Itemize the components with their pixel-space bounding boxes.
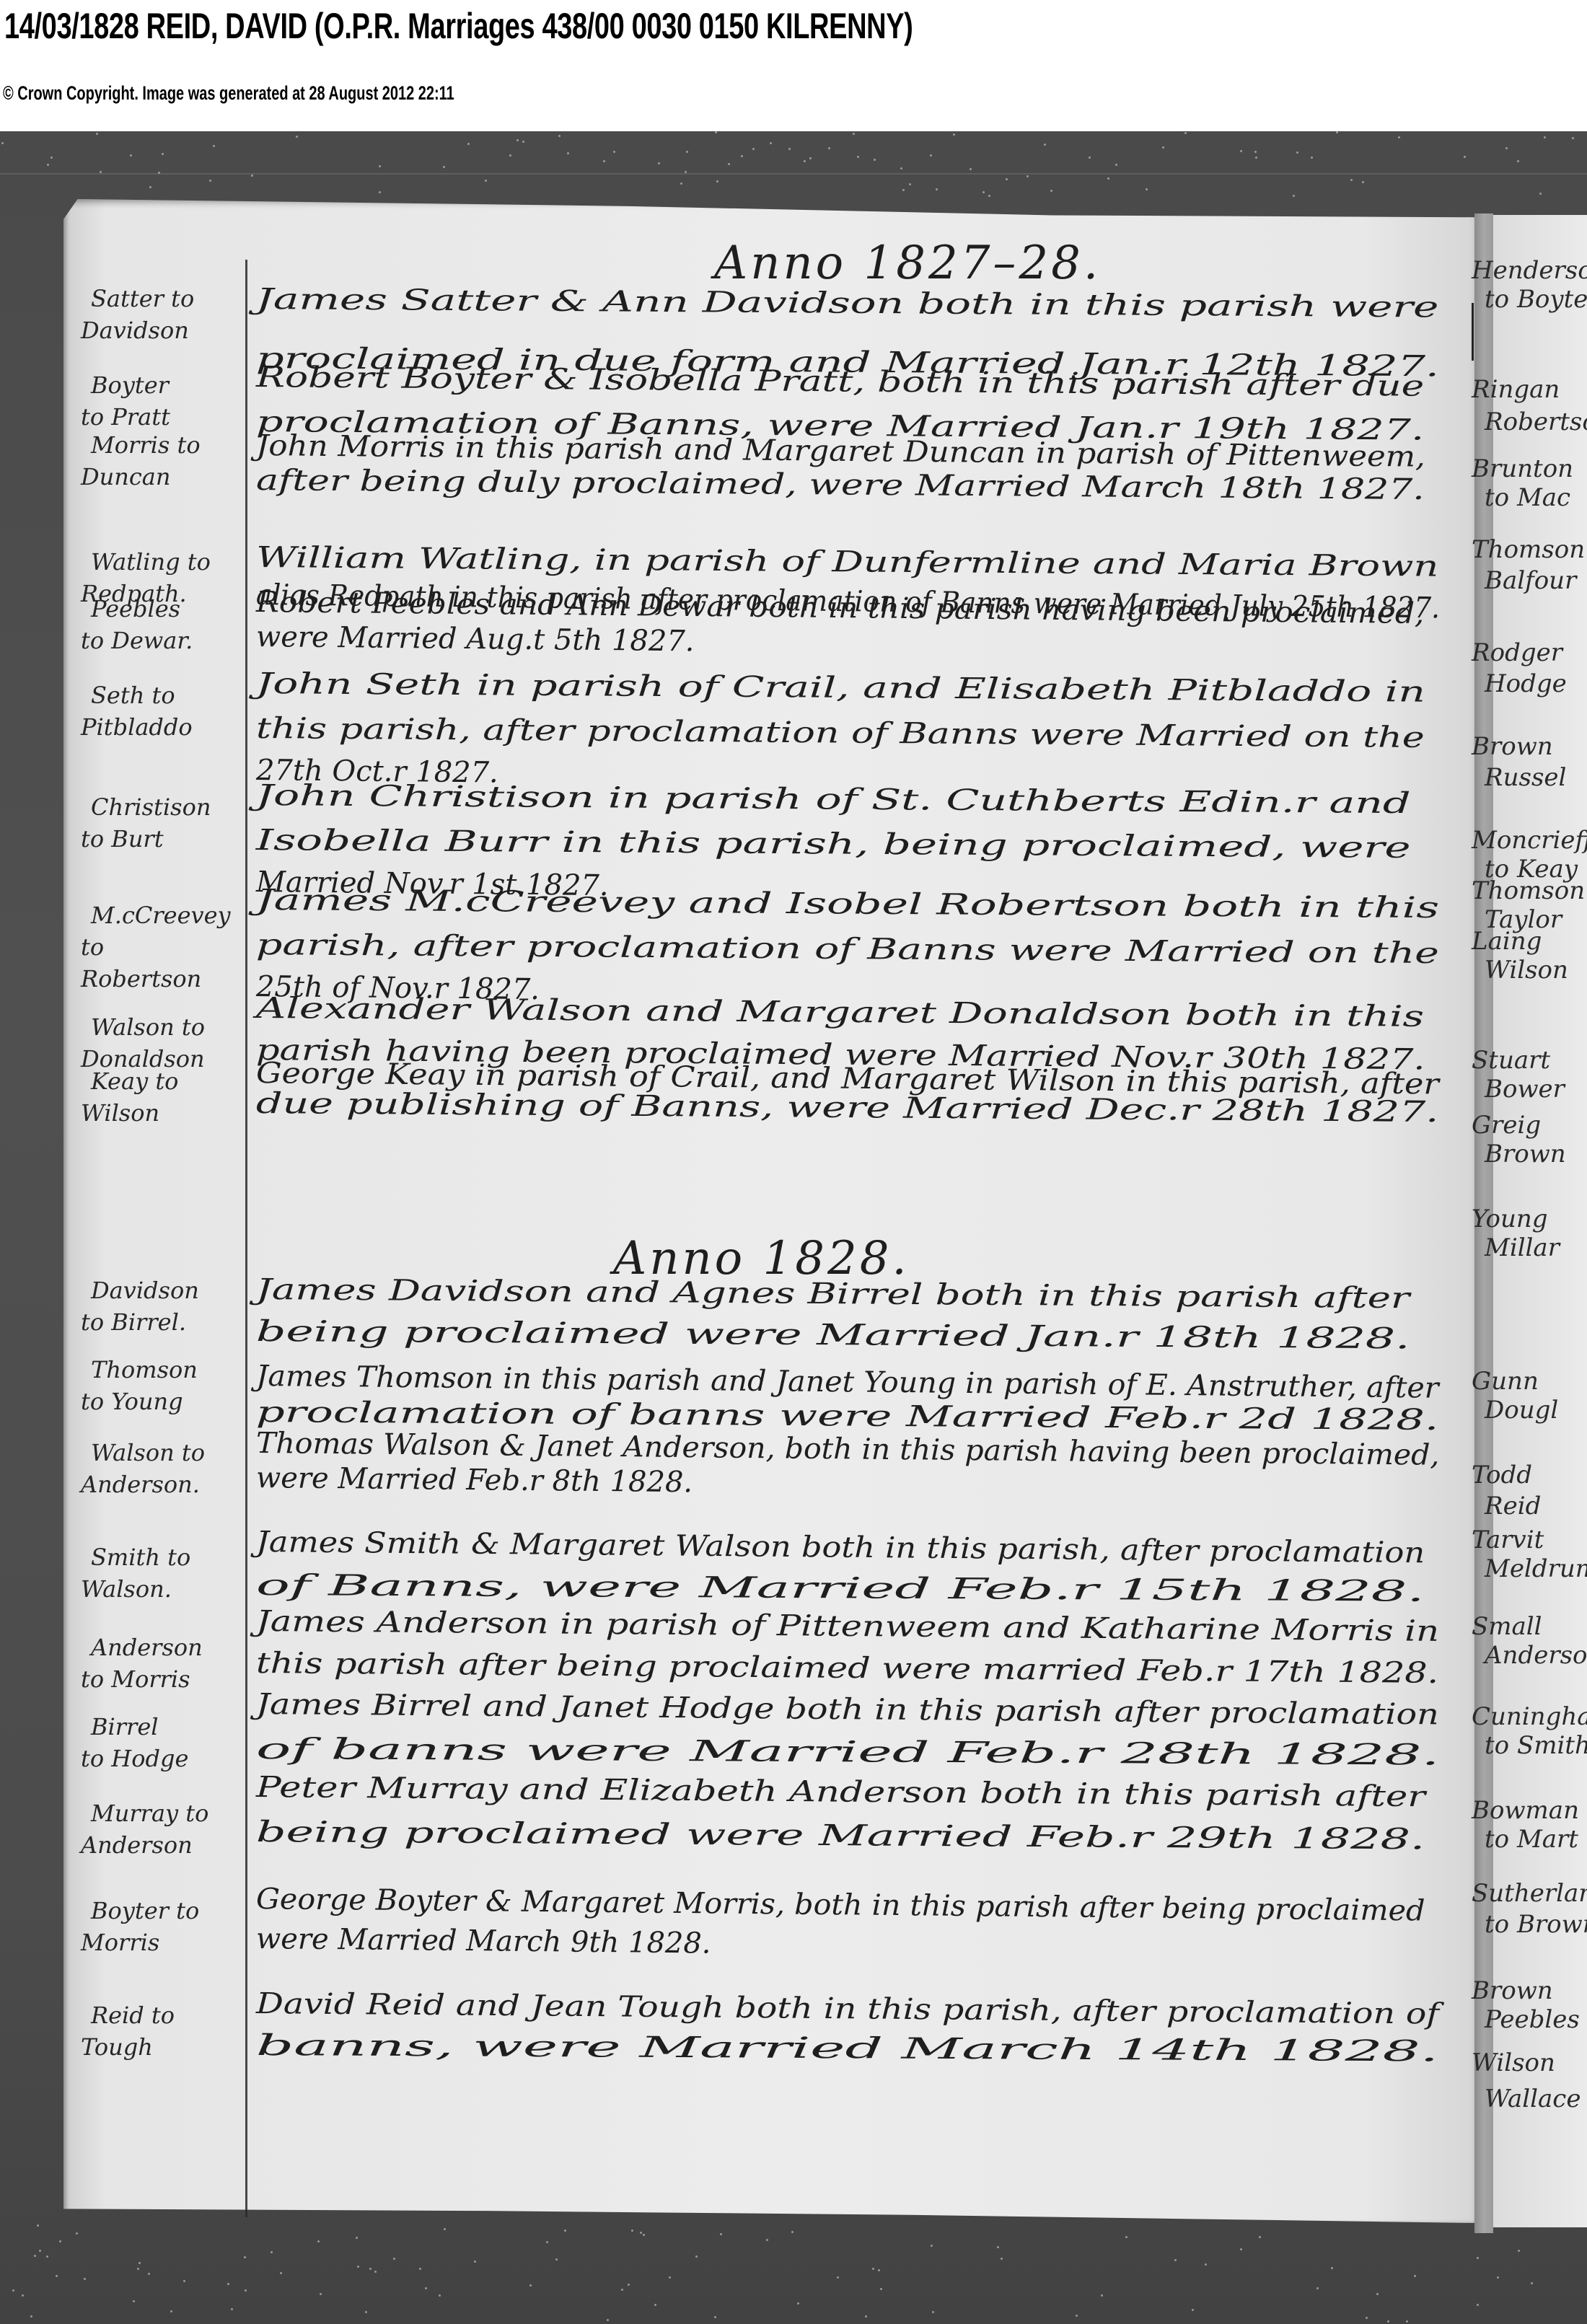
film-speck [1205, 2263, 1207, 2266]
margin-name: Pitbladdo [81, 713, 193, 741]
margin-name: to Morris [81, 1665, 190, 1693]
film-speck [357, 2266, 359, 2268]
film-speck [909, 183, 911, 185]
film-speck [1464, 156, 1466, 158]
film-speck [271, 2251, 273, 2253]
film-speck [1125, 2236, 1127, 2238]
film-speck [857, 156, 859, 158]
film-speck [522, 141, 524, 143]
facing-page-name: Brown [1485, 1140, 1566, 1168]
facing-page-name: Gunn [1472, 1367, 1539, 1396]
film-speck [741, 155, 743, 157]
film-speck [613, 151, 615, 153]
film-speck [809, 157, 812, 159]
film-speck [654, 2304, 656, 2306]
margin-name: Murray to [91, 1800, 208, 1827]
film-speck [686, 151, 688, 153]
film-speck [280, 2272, 282, 2274]
film-speck [872, 2268, 874, 2270]
film-speck [603, 160, 605, 162]
film-speck [296, 136, 298, 138]
entry-line: banns, were Married March 14th 1828. [256, 2029, 1440, 2068]
film-speck [393, 2258, 395, 2260]
margin-name: Watling to [91, 548, 211, 576]
film-speck [1350, 179, 1353, 181]
film-speck [791, 2231, 793, 2233]
facing-page-name: Young [1472, 1205, 1548, 1233]
facing-page-name: Anderson [1485, 1641, 1587, 1670]
film-speck [47, 164, 49, 166]
film-speck [930, 154, 932, 157]
film-speck [37, 2224, 39, 2227]
film-speck [1050, 190, 1052, 192]
facing-page-name: Greig [1472, 1111, 1541, 1140]
film-speck [1477, 2257, 1479, 2259]
film-speck [988, 195, 990, 197]
facing-page-name: Todd [1472, 1461, 1532, 1489]
film-speck [716, 180, 718, 182]
film-speck [379, 191, 381, 193]
film-speck [714, 2316, 716, 2318]
film-speck [1414, 2275, 1416, 2277]
entry-line: of Banns, were Married Feb.r 15th 1828. [256, 1569, 1425, 1608]
film-speck [34, 2255, 36, 2257]
film-speck [369, 2268, 372, 2270]
facing-page-name: Peebles [1485, 2005, 1580, 2034]
film-speck [379, 165, 381, 167]
facing-page-name: Hodge [1485, 669, 1567, 698]
margin-name: Davidson [91, 1277, 199, 1304]
film-speck [628, 2284, 630, 2286]
film-speck [1505, 147, 1508, 149]
facing-page-name: Russel [1485, 763, 1566, 792]
film-speck [59, 2240, 61, 2242]
film-speck [1517, 160, 1519, 162]
film-speck [837, 2276, 839, 2279]
film-speck [444, 2228, 446, 2230]
film-speck [567, 152, 569, 154]
film-speck [970, 168, 972, 170]
film-speck [439, 2294, 441, 2297]
film-speck [932, 2311, 934, 2313]
film-speck [1001, 2258, 1003, 2260]
margin-name: to Dewar. [81, 627, 193, 654]
film-speck [558, 135, 560, 137]
film-speck [183, 2280, 185, 2282]
film-speck [658, 162, 660, 164]
facing-page-name: Thomson [1472, 876, 1585, 905]
margin-name: Davidson [81, 317, 189, 344]
film-speck [631, 2230, 633, 2232]
facing-page-name: Dougl [1485, 1396, 1558, 1425]
film-speck [244, 2256, 246, 2258]
facing-page-name: Wallace [1485, 2085, 1581, 2113]
film-speck [1089, 157, 1091, 159]
facing-page-name: Balfour [1485, 566, 1576, 595]
film-speck [148, 2273, 150, 2275]
film-speck [39, 2250, 41, 2252]
film-speck [1387, 2320, 1389, 2323]
film-speck [669, 2276, 671, 2279]
facing-page-name: to Smith [1485, 1731, 1587, 1760]
film-speck [878, 2269, 880, 2271]
film-speck [1162, 146, 1164, 149]
film-speck [139, 2262, 141, 2264]
film-speck [797, 2302, 799, 2305]
film-speck [874, 159, 876, 161]
film-speck [84, 2278, 86, 2280]
film-speck [770, 142, 772, 144]
film-speck [50, 157, 53, 159]
film-speck [158, 172, 160, 174]
film-speck [529, 2284, 532, 2286]
facing-page-name: Thomson [1472, 535, 1585, 564]
film-speck [1293, 195, 1295, 197]
film-speck [374, 2271, 377, 2273]
margin-name: Thomson [91, 1356, 198, 1383]
film-speck [12, 2289, 14, 2292]
margin-name: Satter to [91, 285, 194, 312]
film-speck [828, 147, 830, 149]
entry-line: were Married Feb.r 8th 1828. [256, 1461, 693, 1499]
film-speck [555, 2258, 558, 2261]
margin-name: to Pratt [81, 403, 170, 431]
margin-name: to Burt [81, 825, 164, 853]
film-speck [227, 2283, 229, 2285]
film-speck [982, 191, 985, 193]
film-speck [936, 188, 938, 190]
entry-line: were Married Aug.t 5th 1827. [256, 620, 695, 658]
film-speck [997, 2246, 999, 2248]
film-speck [1240, 2248, 1242, 2250]
facing-page-name: Henderson [1472, 256, 1587, 285]
film-speck [865, 2315, 867, 2318]
film-speck [1006, 178, 1008, 180]
film-speck [1115, 164, 1117, 166]
film-speck [467, 143, 470, 145]
film-speck [643, 2234, 645, 2236]
facing-page-name: Brown [1472, 732, 1553, 761]
margin-name: to Hodge [81, 1745, 188, 1772]
film-speck [728, 163, 730, 165]
margin-name: Morris to [91, 431, 201, 459]
margin-name: Morris [81, 1929, 159, 1956]
film-speck [804, 160, 806, 162]
margin-name: Reid to [91, 2002, 175, 2029]
film-speck [720, 2233, 722, 2235]
film-speck [245, 2289, 247, 2292]
film-speck [695, 2255, 698, 2258]
facing-page-name: to Mart [1485, 1825, 1578, 1854]
film-speck [162, 153, 164, 155]
film-speck [1366, 2317, 1368, 2319]
film-speck [953, 133, 955, 136]
film-speck [1107, 177, 1109, 180]
film-speck [209, 180, 211, 182]
facing-page-name: Small [1472, 1612, 1542, 1641]
film-speck [1398, 136, 1400, 138]
film-speck [1376, 2293, 1379, 2295]
film-speck [931, 2245, 933, 2247]
film-speck [853, 133, 855, 135]
film-speck [419, 2268, 421, 2270]
film-speck [443, 166, 445, 168]
margin-name: Anderson [91, 1634, 203, 1661]
year-heading: Anno 1827–28. [714, 237, 1101, 290]
facing-page-name: Brunton [1472, 454, 1573, 483]
film-speck [1544, 136, 1546, 138]
film-speck [1316, 2287, 1319, 2289]
film-speck [1406, 2320, 1408, 2323]
margin-name: M.cCreevey [91, 902, 231, 929]
film-speck [320, 2293, 322, 2295]
film-speck [788, 148, 791, 150]
film-speck [231, 2308, 233, 2310]
film-speck [485, 180, 487, 182]
film-speck [1518, 2250, 1520, 2252]
film-speck [76, 2232, 78, 2235]
film-speck [30, 2315, 32, 2318]
margin-name: Tough [81, 2033, 153, 2061]
film-speck [680, 182, 682, 185]
film-speck [1192, 2309, 1194, 2311]
facing-page-name: Brown [1472, 1976, 1553, 2005]
margin-name: to Birrel. [81, 1308, 186, 1336]
film-speck [1477, 2304, 1479, 2306]
film-speck [46, 2255, 48, 2258]
film-speck [1184, 132, 1187, 134]
film-speck [130, 154, 132, 157]
film-speck [1539, 193, 1542, 195]
film-speck [880, 2288, 882, 2290]
entry-line: were Married March 9th 1828. [256, 1922, 711, 1960]
film-speck [1027, 175, 1029, 177]
film-speck [1240, 150, 1242, 152]
film-speck [752, 148, 755, 150]
margin-name: Robertson [81, 965, 201, 992]
facing-page-name: Ringan [1472, 375, 1560, 404]
film-speck [1331, 2267, 1333, 2269]
margin-name: Peebles [91, 595, 180, 622]
facing-page-name: Bower [1485, 1075, 1565, 1104]
facing-page-name: Robertson [1485, 408, 1587, 436]
margin-name: Duncan [81, 463, 170, 490]
facing-page-name: Rodger [1472, 638, 1562, 667]
facing-page-name: Cuningham [1472, 1702, 1587, 1731]
film-speck [766, 2239, 768, 2241]
film-speck [425, 2287, 427, 2289]
film-speck [149, 186, 151, 188]
margin-name: Walson to [91, 1439, 205, 1466]
film-speck [170, 2310, 172, 2312]
film-speck [1076, 2315, 1078, 2317]
entry-line: of banns were Married Feb.r 28th 1828. [256, 1733, 1441, 1772]
film-speck [365, 2311, 367, 2313]
film-edge-line [0, 173, 1587, 175]
film-speck [607, 2319, 609, 2321]
film-speck [96, 133, 98, 135]
film-speck [621, 2289, 623, 2291]
margin-name: to [81, 933, 104, 961]
film-speck [213, 145, 215, 147]
margin-name: Anderson. [81, 1471, 200, 1498]
margin-rule [245, 260, 247, 2217]
facing-page-name: Tarvit [1472, 1526, 1544, 1554]
margin-name: Boyter [91, 371, 169, 399]
margin-name: Keay to [91, 1068, 178, 1095]
film-speck [356, 2237, 358, 2239]
facing-page-name: Wilson [1485, 956, 1568, 985]
margin-name: Smith to [91, 1544, 190, 1571]
facing-page-name: Sutherland [1472, 1879, 1587, 1908]
film-speck [22, 2294, 24, 2297]
film-speck [564, 2230, 566, 2232]
facing-page-name: to Mac [1485, 483, 1570, 512]
facing-page-name: Bowman [1472, 1796, 1579, 1825]
film-speck [1, 142, 4, 144]
margin-name: Anderson [81, 1831, 193, 1859]
facing-page-name: to Boyter [1485, 285, 1587, 314]
margin-name: to Young [81, 1388, 183, 1415]
margin-name: Christison [91, 793, 211, 821]
film-speck [509, 154, 511, 157]
film-speck [56, 2275, 58, 2277]
facing-page-name: Wilson [1472, 2048, 1555, 2077]
facing-page-name: Stuart [1472, 1046, 1550, 1075]
film-speck [516, 139, 519, 141]
film-speck [1572, 137, 1574, 139]
film-speck [1362, 181, 1364, 183]
film-speck [1497, 2276, 1499, 2279]
facing-page-name: Reid [1485, 1492, 1541, 1520]
gutter-rule [1472, 303, 1474, 361]
film-speck [902, 189, 905, 191]
film-speck [546, 2241, 548, 2243]
film-speck [1311, 157, 1313, 159]
margin-name: Seth to [91, 682, 175, 709]
margin-name: Boyter to [91, 1897, 199, 1924]
film-speck [640, 2232, 642, 2234]
film-speck [1146, 188, 1148, 190]
facing-page-name: Millar [1485, 1233, 1560, 1262]
film-speck [715, 131, 717, 133]
facing-page-name: Moncrieff [1472, 826, 1587, 855]
film-speck [1259, 2236, 1261, 2238]
film-speck [1254, 151, 1257, 153]
film-speck [1531, 2282, 1533, 2284]
margin-name: Walson. [81, 1575, 172, 1603]
film-speck [900, 167, 902, 170]
film-speck [1044, 144, 1046, 146]
film-speck [1101, 2294, 1103, 2297]
facing-page-name: to Brown [1485, 1910, 1587, 1939]
film-speck [1296, 151, 1298, 154]
film-speck [1255, 157, 1257, 159]
copyright-notice: © Crown Copyright. Image was generated a… [3, 81, 454, 105]
facing-page-name: Laing [1472, 927, 1542, 956]
film-speck [251, 175, 253, 177]
film-speck [474, 2261, 476, 2263]
film-speck [137, 2268, 139, 2270]
film-speck [133, 2300, 135, 2302]
facing-page-name: Meldrum [1485, 1554, 1587, 1583]
film-speck [1336, 131, 1338, 133]
margin-name: Wilson [81, 1099, 159, 1127]
film-speck [317, 2240, 320, 2242]
margin-name: Birrel [91, 1713, 159, 1740]
margin-name: Walson to [91, 1013, 205, 1041]
record-title: 14/03/1828 REID, DAVID (O.P.R. Marriages… [4, 4, 913, 48]
film-speck [1174, 2259, 1177, 2261]
